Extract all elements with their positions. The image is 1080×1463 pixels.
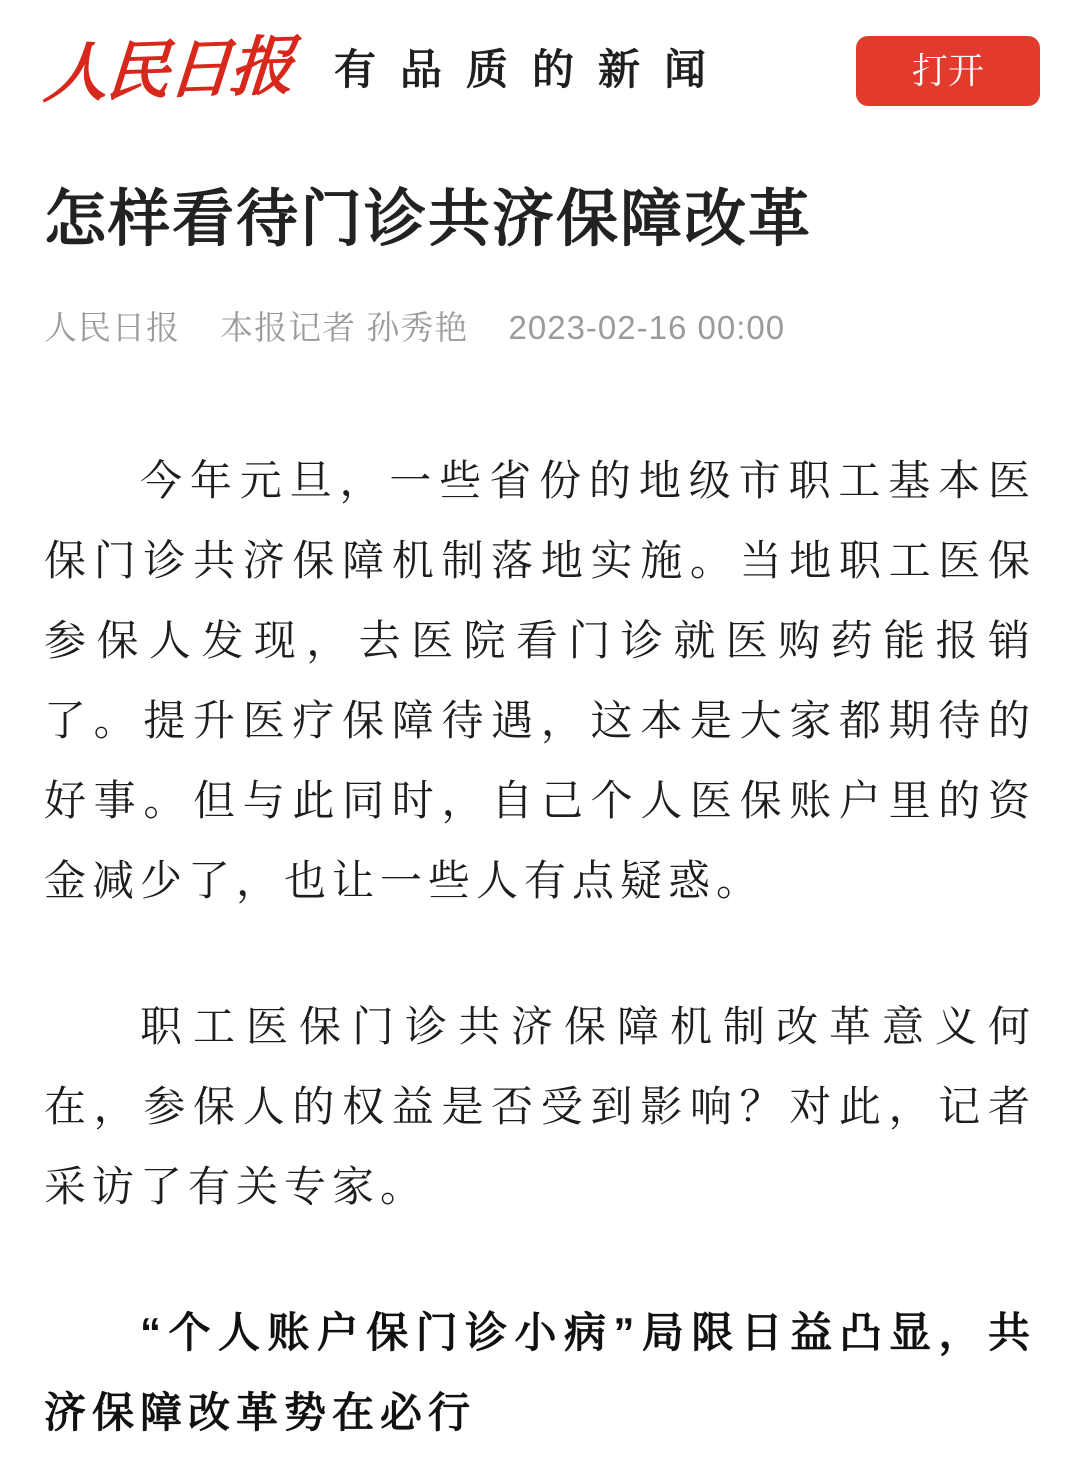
byline-datetime: 2023-02-16 00:00: [509, 309, 786, 346]
app-tagline: 有品质的新闻: [334, 50, 730, 92]
article-page: 人民日报 有品质的新闻 打开 怎样看待门诊共济保障改革 人民日报 本报记者 孙秀…: [0, 0, 1080, 1463]
peoples-daily-logo: 人民日报: [42, 35, 294, 108]
open-app-button[interactable]: 打开: [856, 36, 1040, 106]
article-body: 今年元旦，一些省份的地级市职工基本医保门诊共济保障机制落地实施。当地职工医保参保…: [44, 441, 1036, 1453]
paragraph: 职工医保门诊共济保障机制改革意义何在，参保人的权益是否受到影响？对此，记者采访了…: [44, 987, 1036, 1227]
app-banner: 人民日报 有品质的新闻 打开: [0, 0, 1080, 132]
paragraph: 今年元旦，一些省份的地级市职工基本医保门诊共济保障机制落地实施。当地职工医保参保…: [44, 441, 1036, 921]
article-title: 怎样看待门诊共济保障改革: [44, 178, 1036, 262]
byline-reporter: 本报记者 孙秀艳: [220, 309, 468, 346]
section-subheading: “个人账户保门诊小病”局限日益凸显，共济保障改革势在必行: [44, 1293, 1036, 1453]
byline-source: 人民日报: [44, 309, 180, 346]
byline: 人民日报 本报记者 孙秀艳 2023-02-16 00:00: [44, 302, 1036, 349]
